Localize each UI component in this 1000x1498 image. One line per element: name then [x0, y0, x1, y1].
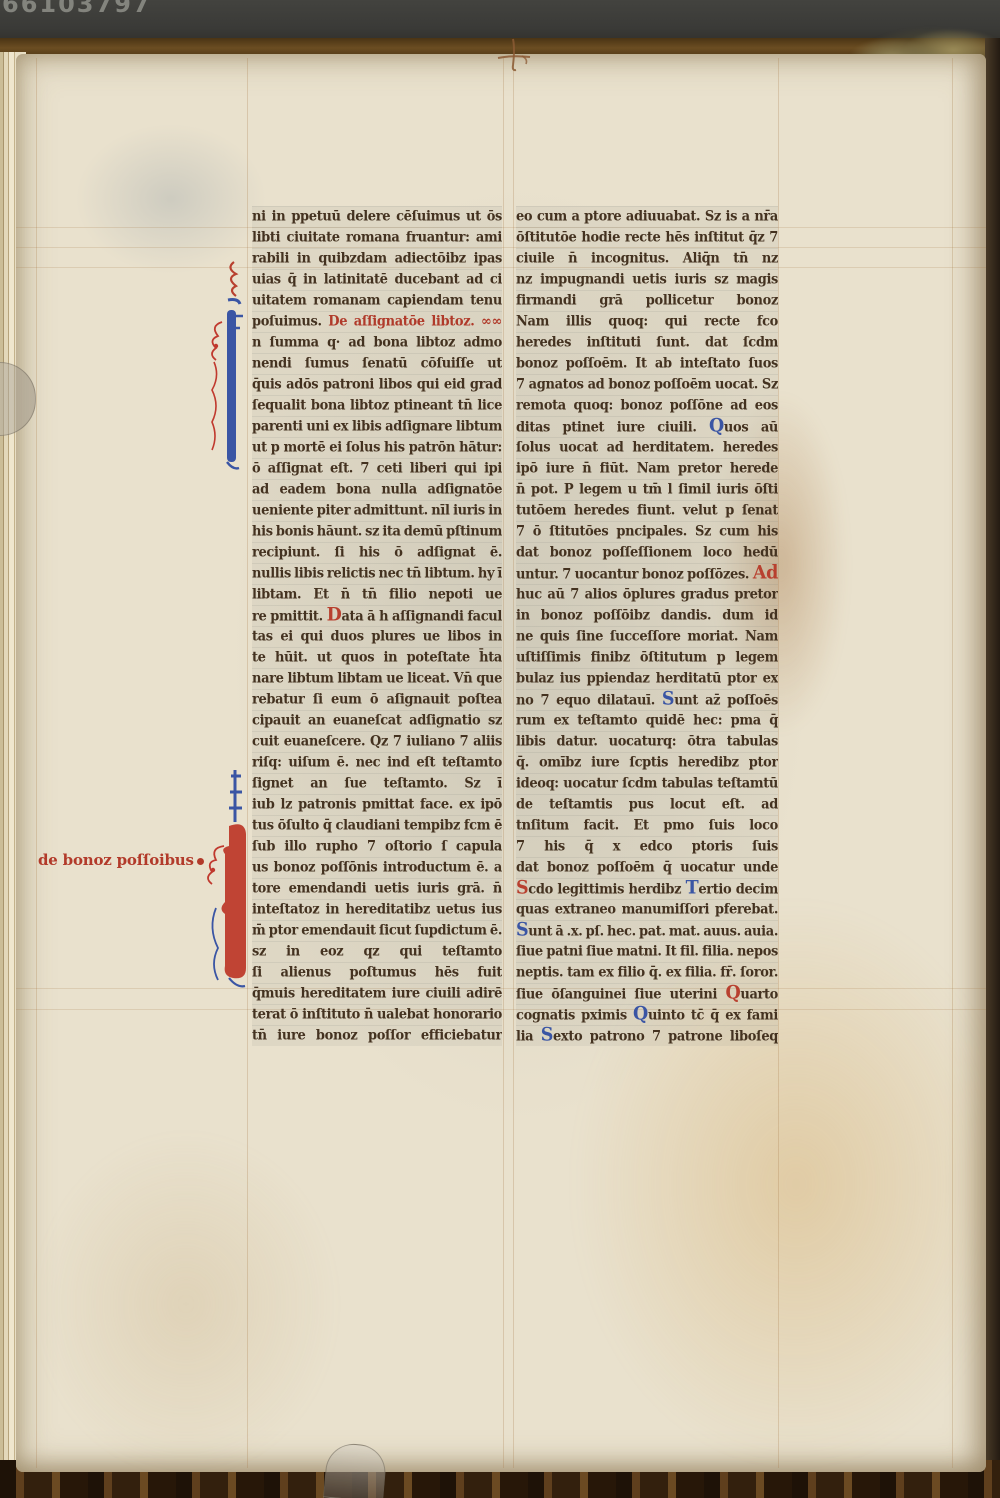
- text-segment: ſi alienus poſtumus hēs fuit inſtitutus: [252, 965, 502, 984]
- text-segment: q̄uis adōs patroni libos qui eid grad: [252, 377, 502, 393]
- text-line: tutōem heredes fiunt. velut p ſenat ōſul…: [516, 500, 778, 522]
- text-line: poſuimus. De aſſignatōe libtoz. ∞∞: [252, 311, 502, 333]
- text-segment: de teſtamtis pus locut eſt. ad inteſtato…: [516, 797, 778, 816]
- lombard-initial: S: [541, 1025, 553, 1046]
- text-segment: uinto tc̄ q̄ ex fami: [648, 1008, 778, 1024]
- text-segment: 7 ō ſtitutōes pncipales. Sz cum his pret…: [516, 524, 778, 543]
- text-line: ni in ppetuū delere cēſuimus ut ōs: [252, 206, 502, 228]
- text-segment: no 7 equo dilatauī.: [516, 693, 662, 709]
- text-segment: ciuile n̄ incognitus. Aliq̄n tn̄ nz emda…: [516, 251, 778, 270]
- text-line: untur. 7 uocantur bonoz poſſōzes. Ad: [516, 563, 778, 585]
- lombard-initial: Ad: [753, 563, 778, 584]
- text-line: huc aū 7 alios ōplures gradus pretor fcō: [516, 584, 778, 606]
- ruling-line: [778, 58, 779, 1468]
- text-line: ſignet an ſue teſtamto. Sz ī quibzcunq:: [252, 773, 502, 795]
- stain: [36, 1134, 336, 1472]
- text-segment: n ſumma q· ad bona libtoz admo: [252, 335, 502, 351]
- text-line: uſtiſſimis finibz ōſtitutum p legem .xii…: [516, 647, 778, 669]
- manuscript-scan: 66103797: [0, 0, 1000, 1498]
- shelfmark: 66103797: [2, 0, 152, 18]
- text-line: Scdo legittimis herdibz Tertio decim pſ: [516, 878, 778, 900]
- text-line: ne quis ſine ſucceſſore moriat. Nam ang: [516, 626, 778, 648]
- text-line: inteſtatoz in hereditatibz uetus ius eod: [252, 899, 502, 921]
- text-segment: 7 agnatos ad bonoz poſſoēm uocat. Sz 7: [516, 377, 778, 396]
- text-segment: uarto: [740, 987, 778, 1003]
- text-segment: unt ā .x. pſ. hec. pat. mat. auus. auia.…: [516, 924, 778, 942]
- text-line: ſi alienus poſtumus hēs fuit inſtitutus: [252, 962, 502, 984]
- text-segment: ſequalit bona libtoz ptineant tn̄ lice: [252, 398, 502, 414]
- text-segment: eo cum a ptore adiuuabat. Sz is a nr̄a: [516, 209, 778, 225]
- text-line: libis datur. uocaturq: ōtra tabulas Scda: [516, 731, 778, 753]
- text-segment: ſub illo rupho 7 oſtorio ſ capula ōſulib…: [252, 839, 502, 858]
- text-line: firmandi grā pollicetur bonoz poſſōnē.: [516, 290, 778, 312]
- text-segment: ata ā h aſſignandi facul: [341, 609, 502, 625]
- ruling-line: [503, 58, 504, 1468]
- text-segment: q̄muis hereditatem iure ciuili adirē po: [252, 986, 502, 1005]
- text-line: his bonis hāunt. sz ita demū pſtinum: [252, 521, 502, 543]
- text-line: ad eadem bona nulla adſignatōe inter: [252, 479, 502, 501]
- text-line: cipauit an euaneſcat adſignatio sz pla: [252, 710, 502, 732]
- text-line: uitatem romanam capiendam tenu: [252, 290, 502, 312]
- text-segment: 7 his q̄ x edco ptoris ſuis ōnumerantur.: [516, 839, 778, 858]
- text-line: tus ōſulto q̄ claudiani tempibz fcm ē: [252, 815, 502, 837]
- text-line: ſiue ōſanguinei ſiue uterini Quarto: [516, 983, 778, 1005]
- text-line: ut p mortē ei ſolus his patrōn hātur:: [252, 437, 502, 459]
- text-segment: uitatem romanam capiendam tenu: [252, 293, 502, 309]
- text-line: eo cum a ptore adiuuabat. Sz is a nr̄a: [516, 206, 778, 228]
- text-line: us bonoz poſſōnis introductum ē. a pre: [252, 857, 502, 879]
- text-segment: te hūit. ut quos in poteſtate h̄ta adſig: [252, 650, 502, 669]
- text-line: 7 agnatos ad bonoz poſſoēm uocat. Sz 7: [516, 374, 778, 396]
- text-line: ſub illo rupho 7 oſtorio ſ capula ōſulib…: [252, 836, 502, 858]
- text-segment: remota quoq: bonoz poſſōne ad eos here: [516, 398, 778, 417]
- text-segment: ut p mortē ei ſolus his patrōn hātur:: [252, 440, 502, 456]
- text-line: q̄. omībz iure ſcptis heredibz ptor poll…: [516, 752, 778, 774]
- text-segment: cognatis pximis: [516, 1008, 633, 1024]
- text-segment: ō aſſignat eſt. 7 ceti liberi qui ipi qu…: [252, 461, 502, 480]
- text-segment: libtam. Et n̄ tn̄ filio nepoti ue adſign…: [252, 587, 502, 606]
- text-segment: terat ō inſtituto n̄ ualebat honorario: [252, 1007, 502, 1023]
- text-segment: us bonoz poſſōnis introductum ē. a pre: [252, 860, 502, 879]
- text-column-left: ni in ppetuū delere cēſuimus ut ōslibti …: [252, 206, 502, 1046]
- text-line: cognatis pximis Quinto tc̄ q̄ ex fami: [516, 1004, 778, 1026]
- text-segment: tus ōſulto q̄ claudiani tempibz fcm ē: [252, 818, 502, 834]
- text-segment: rabili in quibzdam adiectōibz ipas: [252, 251, 502, 267]
- gutter-shadow-right: [985, 38, 1000, 1478]
- text-line: iub lz patronis pmittat face. ex ipō ſen…: [252, 794, 502, 816]
- text-line: re pmittit. Data ā h aſſignandi facul: [252, 605, 502, 627]
- text-line: dat bonoz poſſeſſionem loco hedū ōſtitu: [516, 542, 778, 564]
- text-line: ipō iure n̄ fiūt. Nam pretor herede face…: [516, 458, 778, 480]
- text-segment: nendi ſumus ſenatū cōſuiſſe ut: [252, 356, 502, 372]
- text-line: nullis libis relictis nec tn̄ libtum. hy…: [252, 563, 502, 585]
- text-segment: tore emendandi uetis iuris grā. n̄ ſolum: [252, 881, 502, 900]
- ruling-line: [952, 58, 953, 1468]
- text-segment: ueniente piter admittunt. nīl iuris in: [252, 503, 502, 519]
- quire-signature-mark: [492, 36, 536, 76]
- text-segment: cdo legittimis herdibz: [528, 882, 685, 898]
- rubric-flourish: [197, 858, 204, 865]
- text-segment: neptis. tam ex filio q̄. ex filia. fr̄. …: [516, 965, 778, 981]
- text-segment: tutōem heredes fiunt. velut p ſenat ōſul…: [516, 503, 778, 522]
- lombard-initial: S: [662, 689, 674, 710]
- text-segment: inteſtatoz in hereditatibz uetus ius eod: [252, 902, 502, 921]
- text-segment: uſtiſſimis finibz ōſtitutum p legem .xii…: [516, 650, 778, 669]
- text-segment: nare libtum libtam ue liceat. Vn̄ que: [252, 671, 502, 687]
- marginal-rubric: de bonoz poſſoibus: [38, 851, 204, 869]
- text-line: ideoq: uocatur ſcdm tabulas teſtamtū Et …: [516, 773, 778, 795]
- text-segment: bulaz ius ppiendaz herditatū ptor ex bo: [516, 671, 778, 690]
- text-segment: nz impugnandi uetis iuris sz magis con: [516, 272, 778, 291]
- text-line: ō aſſignat eſt. 7 ceti liberi qui ipi qu…: [252, 458, 502, 480]
- text-segment: rebatur ſi eum ō aſignauit poſtea emā: [252, 692, 502, 711]
- lombard-initial: Q: [725, 983, 740, 1004]
- text-line: rebatur ſi eum ō aſignauit poſtea emā: [252, 689, 502, 711]
- text-line: de teſtamtis pus locut eſt. ad inteſtato…: [516, 794, 778, 816]
- illuminated-initial-blue-I: [204, 258, 256, 476]
- text-line: neptis. tam ex filio q̄. ex filia. fr̄. …: [516, 962, 778, 984]
- lombard-initial: Q: [633, 1004, 648, 1025]
- text-segment: dat bonoz poſſoēm q̄ uocatur unde libi.: [516, 860, 778, 879]
- text-line: terat ō inſtituto n̄ ualebat honorario: [252, 1004, 502, 1026]
- text-line: q̄uis adōs patroni libos qui eid grad: [252, 374, 502, 396]
- text-segment: uias q̄ in latinitatē ducebant ad ci: [252, 272, 502, 288]
- text-line: tnſitum facit. Et pmo ſuis loco heredibz: [516, 815, 778, 837]
- text-line: libtam. Et n̄ tn̄ filio nepoti ue adſign…: [252, 584, 502, 606]
- text-segment: dat bonoz poſſeſſionem loco hedū ōſtitu: [516, 545, 778, 564]
- text-segment: recipiunt. ſi his ō adſignat ē. deceſſer…: [252, 545, 502, 564]
- text-line: bonoz poſſoēm. It ab inteſtato ſuos herd…: [516, 353, 778, 375]
- text-line: heredes inſtituti ſunt. dat ſcdm tabulas: [516, 332, 778, 354]
- text-line: dat bonoz poſſoēm q̄ uocatur unde libi.: [516, 857, 778, 879]
- text-segment: n̄ pot. P legem u tm̄ l ſimil iuris ōſti: [516, 482, 778, 498]
- marginal-rubric-text: de bonoz poſſoibus: [38, 851, 194, 869]
- text-line: cuit euaneſcere. Qz 7 iuliano 7 aliis pl…: [252, 731, 502, 753]
- text-segment: ditas ptinet iure ciuili.: [516, 420, 709, 436]
- text-segment: in bonoz poſſōibz dandis. dum id agebat: [516, 608, 778, 627]
- text-line: Sunt ā .x. pſ. hec. pat. mat. auus. auia…: [516, 920, 778, 942]
- text-segment: Nam illis quoq: qui recte fco teſtamento: [516, 314, 778, 333]
- text-line: tas ei qui duos plures ue libos in poteſ…: [252, 626, 502, 648]
- text-segment: ſiue patni ſiue matni. It fil. filia. ne…: [516, 944, 778, 960]
- text-segment: sz in eoz qz qui teſtamto deceſſerunt. N…: [252, 944, 502, 963]
- text-line: no 7 equo dilatauī. Sunt az̄ poſſoēs bon…: [516, 689, 778, 711]
- lombard-initial: S: [516, 878, 528, 899]
- text-line: rabili in quibzdam adiectōibz ipas: [252, 248, 502, 270]
- text-segment: iub lz patronis pmittat face. ex ipō ſen…: [252, 797, 502, 816]
- text-line: nare libtum libtam ue liceat. Vn̄ que: [252, 668, 502, 690]
- text-line: m̄ ptor emendauit ſicut ſupdictum ē.: [252, 920, 502, 942]
- text-segment: ne quis ſine ſucceſſore moriat. Nam ang: [516, 629, 778, 648]
- text-line: ueniente piter admittunt. nīl iuris in: [252, 500, 502, 522]
- text-segment: ideoq: uocatur ſcdm tabulas teſtamtū: [516, 776, 778, 792]
- text-line: rum ex teſtamto quidē hec: pma q̄ ptiis: [516, 710, 778, 732]
- text-line: uias q̄ in latinitatē ducebant ad ci: [252, 269, 502, 291]
- text-segment: lia: [516, 1029, 541, 1045]
- text-segment: huc aū 7 alios ōplures gradus pretor fcō: [516, 587, 778, 606]
- text-segment: m̄ ptor emendauit ſicut ſupdictum ē.: [252, 923, 502, 939]
- text-segment: De aſſignatōe libtoz. ∞∞: [328, 314, 502, 330]
- text-segment: tas ei qui duos plures ue libos in poteſ…: [252, 629, 502, 648]
- text-segment: tn̄ iure bonoz poſſor efficiebatur videl…: [252, 1028, 502, 1047]
- text-line: ſolus uocat ad herditatem. heredes quidē: [516, 437, 778, 459]
- text-segment: exto patrono 7 patrone liboſeq: [553, 1029, 778, 1045]
- text-segment: bonoz poſſoēm. It ab inteſtato ſuos herd…: [516, 356, 778, 375]
- lombard-initial: Q: [709, 416, 724, 437]
- text-line: ditas ptinet iure ciuili. Quos aū pretor: [516, 416, 778, 438]
- text-line: sz in eoz qz qui teſtamto deceſſerunt. N…: [252, 941, 502, 963]
- text-segment: firmandi grā pollicetur bonoz poſſōnē.: [516, 293, 778, 312]
- ruling-line: [513, 58, 514, 1468]
- text-segment: ſolus uocat ad herditatem. heredes quidē: [516, 440, 778, 459]
- text-segment: quas extraneo manumiſſori pferebat.: [516, 902, 778, 918]
- text-line: ōſtitutōe hodie recte hēs inſtitut q̄z 7…: [516, 227, 778, 249]
- text-segment: q̄. omībz iure ſcptis heredibz ptor poll…: [516, 755, 778, 774]
- lombard-initial: D: [327, 605, 342, 626]
- text-segment: ipō iure n̄ fiūt. Nam pretor herede face…: [516, 461, 778, 480]
- text-line: libti ciuitate romana fruantur: ami: [252, 227, 502, 249]
- text-line: n̄ pot. P legem u tm̄ l ſimil iuris ōſti: [516, 479, 778, 501]
- text-segment: tnſitum facit. Et pmo ſuis loco heredibz: [516, 818, 778, 837]
- text-line: q̄muis hereditatem iure ciuili adirē po: [252, 983, 502, 1005]
- text-line: recipiunt. ſi his ō adſignat ē. deceſſer…: [252, 542, 502, 564]
- text-segment: ad eadem bona nulla adſignatōe inter: [252, 482, 502, 501]
- text-line: nendi ſumus ſenatū cōſuiſſe ut: [252, 353, 502, 375]
- text-column-right: eo cum a ptore adiuuabat. Sz is a nr̄aōſ…: [516, 206, 778, 1046]
- text-segment: ſignet an ſue teſtamto. Sz ī quibzcunq:: [252, 776, 502, 795]
- text-line: riſq: uiſum ē. nec ind eſt teſtamto quis…: [252, 752, 502, 774]
- text-line: bulaz ius ppiendaz herditatū ptor ex bo: [516, 668, 778, 690]
- text-line: tore emendandi uetis iuris grā. n̄ ſolum: [252, 878, 502, 900]
- text-line: ſiue patni ſiue matni. It fil. filia. ne…: [516, 941, 778, 963]
- text-line: Nam illis quoq: qui recte fco teſtamento: [516, 311, 778, 333]
- text-segment: rum ex teſtamto quidē hec: pma q̄ ptiis: [516, 713, 778, 732]
- text-line: 7 his q̄ x edco ptoris ſuis ōnumerantur.: [516, 836, 778, 858]
- stain: [76, 124, 266, 274]
- text-line: te hūit. ut quos in poteſtate h̄ta adſig: [252, 647, 502, 669]
- ruling-line: [36, 58, 37, 1468]
- text-segment: poſuimus.: [252, 314, 328, 330]
- text-segment: ſiue ōſanguinei ſiue uterini: [516, 987, 725, 1003]
- text-segment: cipauit an euaneſcat adſignatio sz pla: [252, 713, 502, 732]
- text-segment: riſq: uiſum ē. nec ind eſt teſtamto quis…: [252, 755, 502, 774]
- lombard-initial: T: [686, 878, 699, 899]
- text-line: nz impugnandi uetis iuris sz magis con: [516, 269, 778, 291]
- text-line: ciuile n̄ incognitus. Aliq̄n tn̄ nz emda…: [516, 248, 778, 270]
- text-line: 7 ō ſtitutōes pncipales. Sz cum his pret…: [516, 521, 778, 543]
- text-segment: parenti uni ex libis adſignare libtum: [252, 419, 502, 435]
- text-segment: heredes inſtituti ſunt. dat ſcdm tabulas: [516, 335, 778, 354]
- text-segment: libti ciuitate romana fruantur: ami: [252, 230, 502, 246]
- text-line: remota quoq: bonoz poſſōne ad eos here: [516, 395, 778, 417]
- text-line: quas extraneo manumiſſori pferebat.: [516, 899, 778, 921]
- text-segment: libis datur. uocaturq: ōtra tabulas: [516, 734, 778, 750]
- text-line: lia Sexto patrono 7 patrone liboſeq: [516, 1025, 778, 1047]
- text-line: tn̄ iure bonoz poſſor efficiebatur videl…: [252, 1025, 502, 1047]
- text-segment: his bonis hāunt. sz ita demū pſtinum: [252, 524, 502, 540]
- text-segment: nullis libis relictis nec tn̄ libtum. hy…: [252, 566, 502, 582]
- text-line: ſequalit bona libtoz ptineant tn̄ lice: [252, 395, 502, 417]
- text-line: parenti uni ex libis adſignare libtum: [252, 416, 502, 438]
- text-line: n ſumma q· ad bona libtoz admo: [252, 332, 502, 354]
- text-segment: re pmittit.: [252, 609, 327, 625]
- text-line: in bonoz poſſōibz dandis. dum id agebat: [516, 605, 778, 627]
- text-segment: cuit euaneſcere. Qz 7 iuliano 7 aliis pl…: [252, 734, 502, 753]
- text-segment: ōſtitutōe hodie recte hēs inſtitut q̄z 7…: [516, 230, 778, 249]
- text-segment: ni in ppetuū delere cēſuimus ut ōs: [252, 209, 502, 225]
- text-segment: untur. 7 uocantur bonoz poſſōzes.: [516, 567, 753, 583]
- lombard-initial: S: [516, 920, 528, 941]
